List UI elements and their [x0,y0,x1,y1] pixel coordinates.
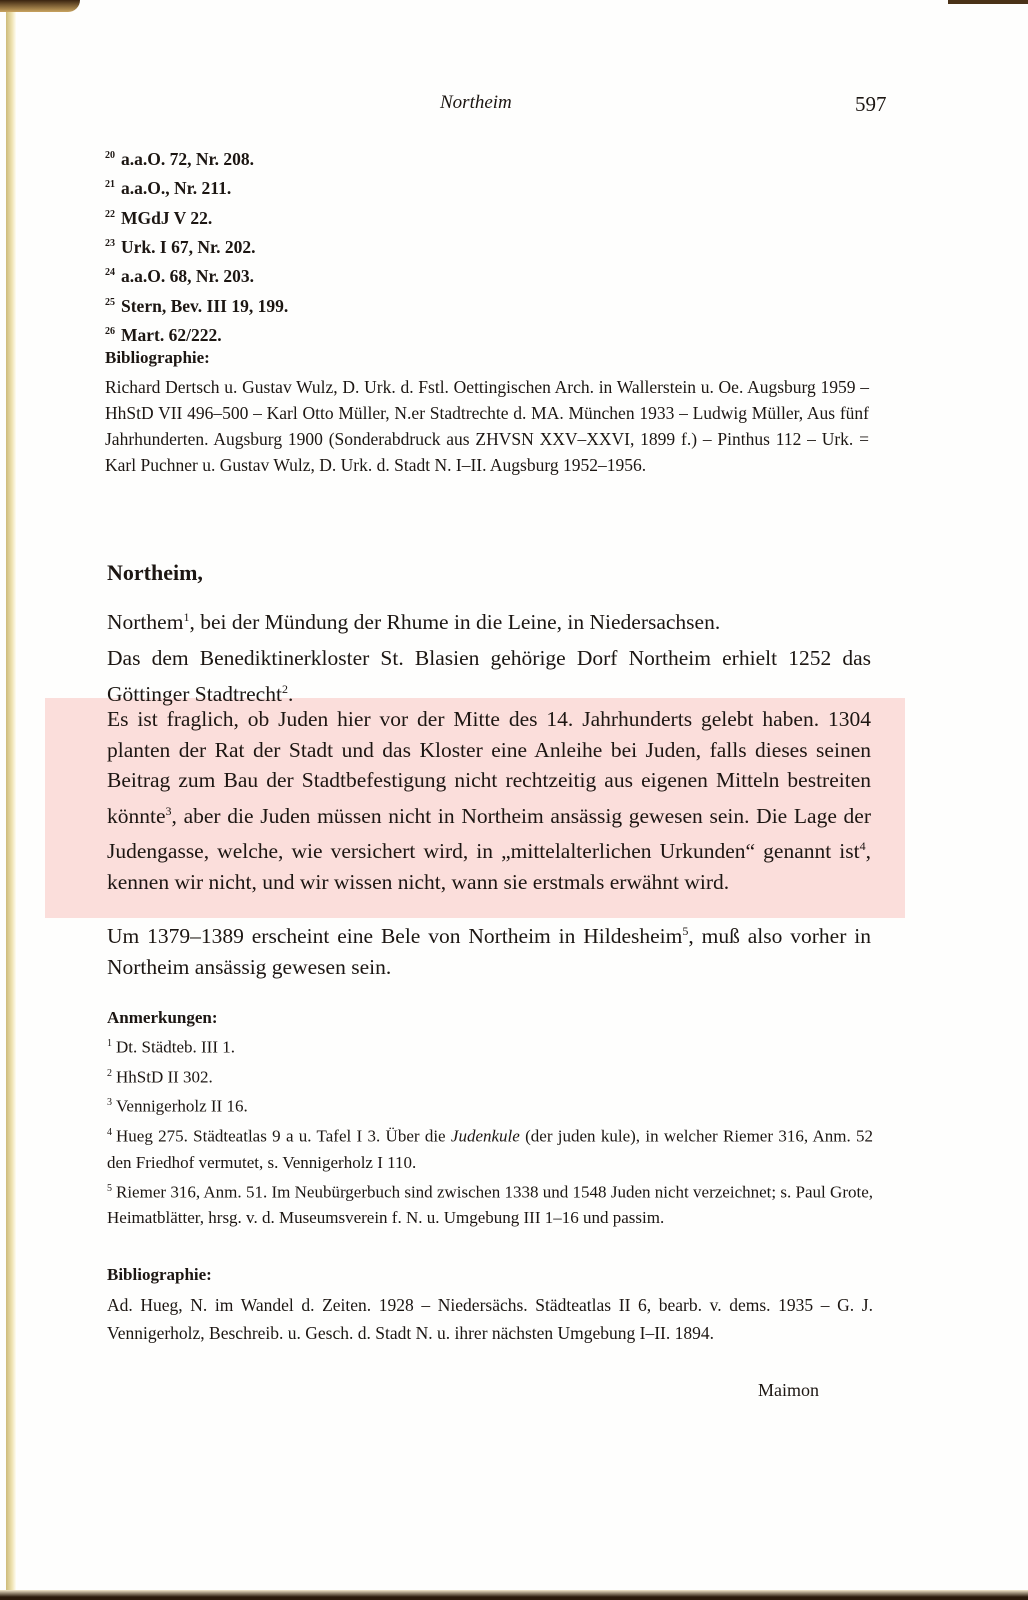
note-item: 1Dt. Städteb. III 1. [107,1031,873,1061]
entry-paragraph-highlighted: Es ist fraglich, ob Juden hier vor der M… [107,704,871,897]
footnote-text: Stern, Bev. III 19, 199. [121,295,288,315]
bibliography-paragraph: Richard Dertsch u. Gustav Wulz, D. Urk. … [105,374,869,478]
footnote-text: Urk. I 67, Nr. 202. [121,237,256,257]
page-number: 597 [855,92,887,117]
note-text: Riemer 316, Anm. 51. Im Neubürgerbuch si… [107,1182,873,1227]
footnote: 21a.a.O., Nr. 211. [105,172,869,201]
footnote-number: 25 [105,297,115,308]
footnote-text: a.a.O., Nr. 211. [121,178,231,198]
footnote-text: a.a.O. 72, Nr. 208. [121,149,254,169]
footnote: 25Stern, Bev. III 19, 199. [105,290,869,319]
note-number: 4 [107,1127,112,1138]
note-text: Hueg 275. Städteatlas 9 a u. Tafel I 3. … [116,1127,451,1146]
footnote-number: 26 [105,326,115,337]
note-number: 2 [107,1068,112,1079]
entry-paragraph-bele: Um 1379–1389 erscheint eine Bele von Nor… [107,916,871,982]
book-spine-edge [6,0,16,1600]
note-item: 2HhStD II 302. [107,1061,873,1091]
footnote-number: 20 [105,150,115,161]
note-number: 5 [107,1183,112,1194]
previous-bibliography: Bibliographie: Richard Dertsch u. Gustav… [105,348,869,478]
note-italic-term: Judenkule [451,1127,520,1146]
notes-label: Anmerkungen: [107,1005,873,1031]
footnote: 20a.a.O. 72, Nr. 208. [105,143,869,172]
footnote-text: Mart. 62/222. [121,325,222,345]
paragraph-text: Das dem Benediktinerkloster St. Blasien … [107,646,871,706]
note-item: 5Riemer 316, Anm. 51. Im Neubürgerbuch s… [107,1176,873,1232]
paragraph-text: Northem [107,610,183,634]
footnote-number: 24 [105,267,115,278]
page-top-edge [948,0,1028,4]
bibliography-paragraph: Ad. Hueg, N. im Wandel d. Zeiten. 1928 –… [107,1291,873,1347]
previous-entry-footnotes: 20a.a.O. 72, Nr. 208. 21a.a.O., Nr. 211.… [105,143,869,348]
footnote: 22MGdJ V 22. [105,202,869,231]
entry-paragraph-location: Northem1, bei der Mündung der Rhume in d… [107,602,871,638]
bibliography-label: Bibliographie: [107,1265,873,1285]
note-text: Dt. Städteb. III 1. [116,1038,235,1057]
paragraph-text: . [288,682,293,706]
footnote-text: MGdJ V 22. [121,207,212,227]
bibliography-label: Bibliographie: [105,348,869,368]
author-signature: Maimon [758,1380,819,1401]
note-text: HhStD II 302. [116,1067,213,1086]
footnote-number: 23 [105,238,115,249]
entry-title: Northeim, [107,560,203,586]
footnote: 26Mart. 62/222. [105,319,869,348]
paragraph-text: , aber die Juden müssen nicht in Northei… [107,804,871,864]
footnote: 23Urk. I 67, Nr. 202. [105,231,869,260]
bibliography-text: Richard Dertsch u. Gustav Wulz, D. Urk. … [105,374,869,478]
note-item: 3Vennigerholz II 16. [107,1090,873,1120]
note-item: 4Hueg 275. Städteatlas 9 a u. Tafel I 3.… [107,1120,873,1176]
bibliography-text: Ad. Hueg, N. im Wandel d. Zeiten. 1928 –… [107,1291,873,1347]
notes-section: Anmerkungen: 1Dt. Städteb. III 1. 2HhStD… [107,1005,873,1231]
footnote-number: 21 [105,179,115,190]
bibliography-section: Bibliographie: Ad. Hueg, N. im Wandel d.… [107,1265,873,1347]
entry-paragraph-history: Das dem Benediktinerkloster St. Blasien … [107,643,871,709]
running-title: Northeim [440,92,512,114]
paragraph-text: Um 1379–1389 erscheint eine Bele von Nor… [107,924,682,948]
note-number: 1 [107,1038,112,1049]
note-text: Vennigerholz II 16. [116,1097,248,1116]
paragraph-text: , bei der Mündung der Rhume in die Leine… [189,610,720,634]
footnote-text: a.a.O. 68, Nr. 203. [121,266,254,286]
footnote-number: 22 [105,209,115,220]
footnote: 24a.a.O. 68, Nr. 203. [105,260,869,289]
note-number: 3 [107,1097,112,1108]
page-bottom-edge [0,1590,1028,1600]
page-corner-shadow [0,0,80,12]
